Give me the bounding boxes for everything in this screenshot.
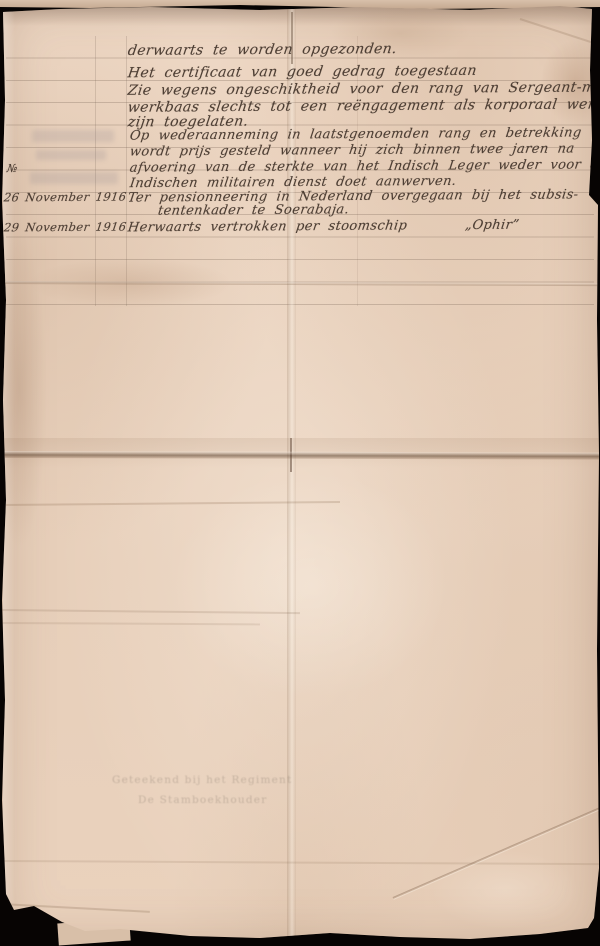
crease	[0, 903, 150, 913]
top-edge-shadow	[0, 6, 600, 26]
bleedthrough-text: Geteekend bij het Regiment	[112, 774, 292, 786]
scan-backdrop: № derwaarts te worden opgezonden. Het ce…	[0, 0, 600, 946]
ship-name: „Ophir”	[464, 218, 520, 233]
adjacent-page-edge-top	[0, 0, 600, 9]
handwritten-line: Op wederaanneming in laatstgenoemden ran…	[129, 125, 583, 143]
entry-text: Herwaarts vertrokken per stoomschip„Ophi…	[127, 218, 520, 236]
bleedthrough-text: De Stamboekhouder	[138, 794, 267, 806]
entry-text-main: Herwaarts vertrokken per stoomschip	[127, 218, 408, 235]
document-page: № derwaarts te worden opgezonden. Het ce…	[0, 0, 600, 946]
entry-text: tentenkader te Soerabaja.	[157, 202, 350, 218]
margin-mark: №	[6, 162, 19, 175]
stain	[170, 470, 450, 700]
handwritten-line: Zie wegens ongeschiktheid voor den rang …	[127, 79, 600, 99]
bleedthrough-smudge	[36, 150, 106, 160]
crease	[0, 622, 260, 625]
handwritten-line: wordt prijs gesteld wanneer hij zich bin…	[129, 141, 576, 159]
handwritten-line: werkbaas slechts tot een reëngagement al…	[127, 96, 600, 116]
bleedthrough-smudge	[30, 172, 118, 184]
bleedthrough-smudge	[32, 130, 114, 142]
entry-date: 29 November 1916	[3, 220, 127, 235]
entry-date: 26 November 1916	[3, 190, 127, 205]
handwritten-line: Het certificaat van goed gedrag toegesta…	[127, 63, 478, 81]
handwritten-line: derwaarts te worden opgezonden.	[127, 41, 398, 59]
